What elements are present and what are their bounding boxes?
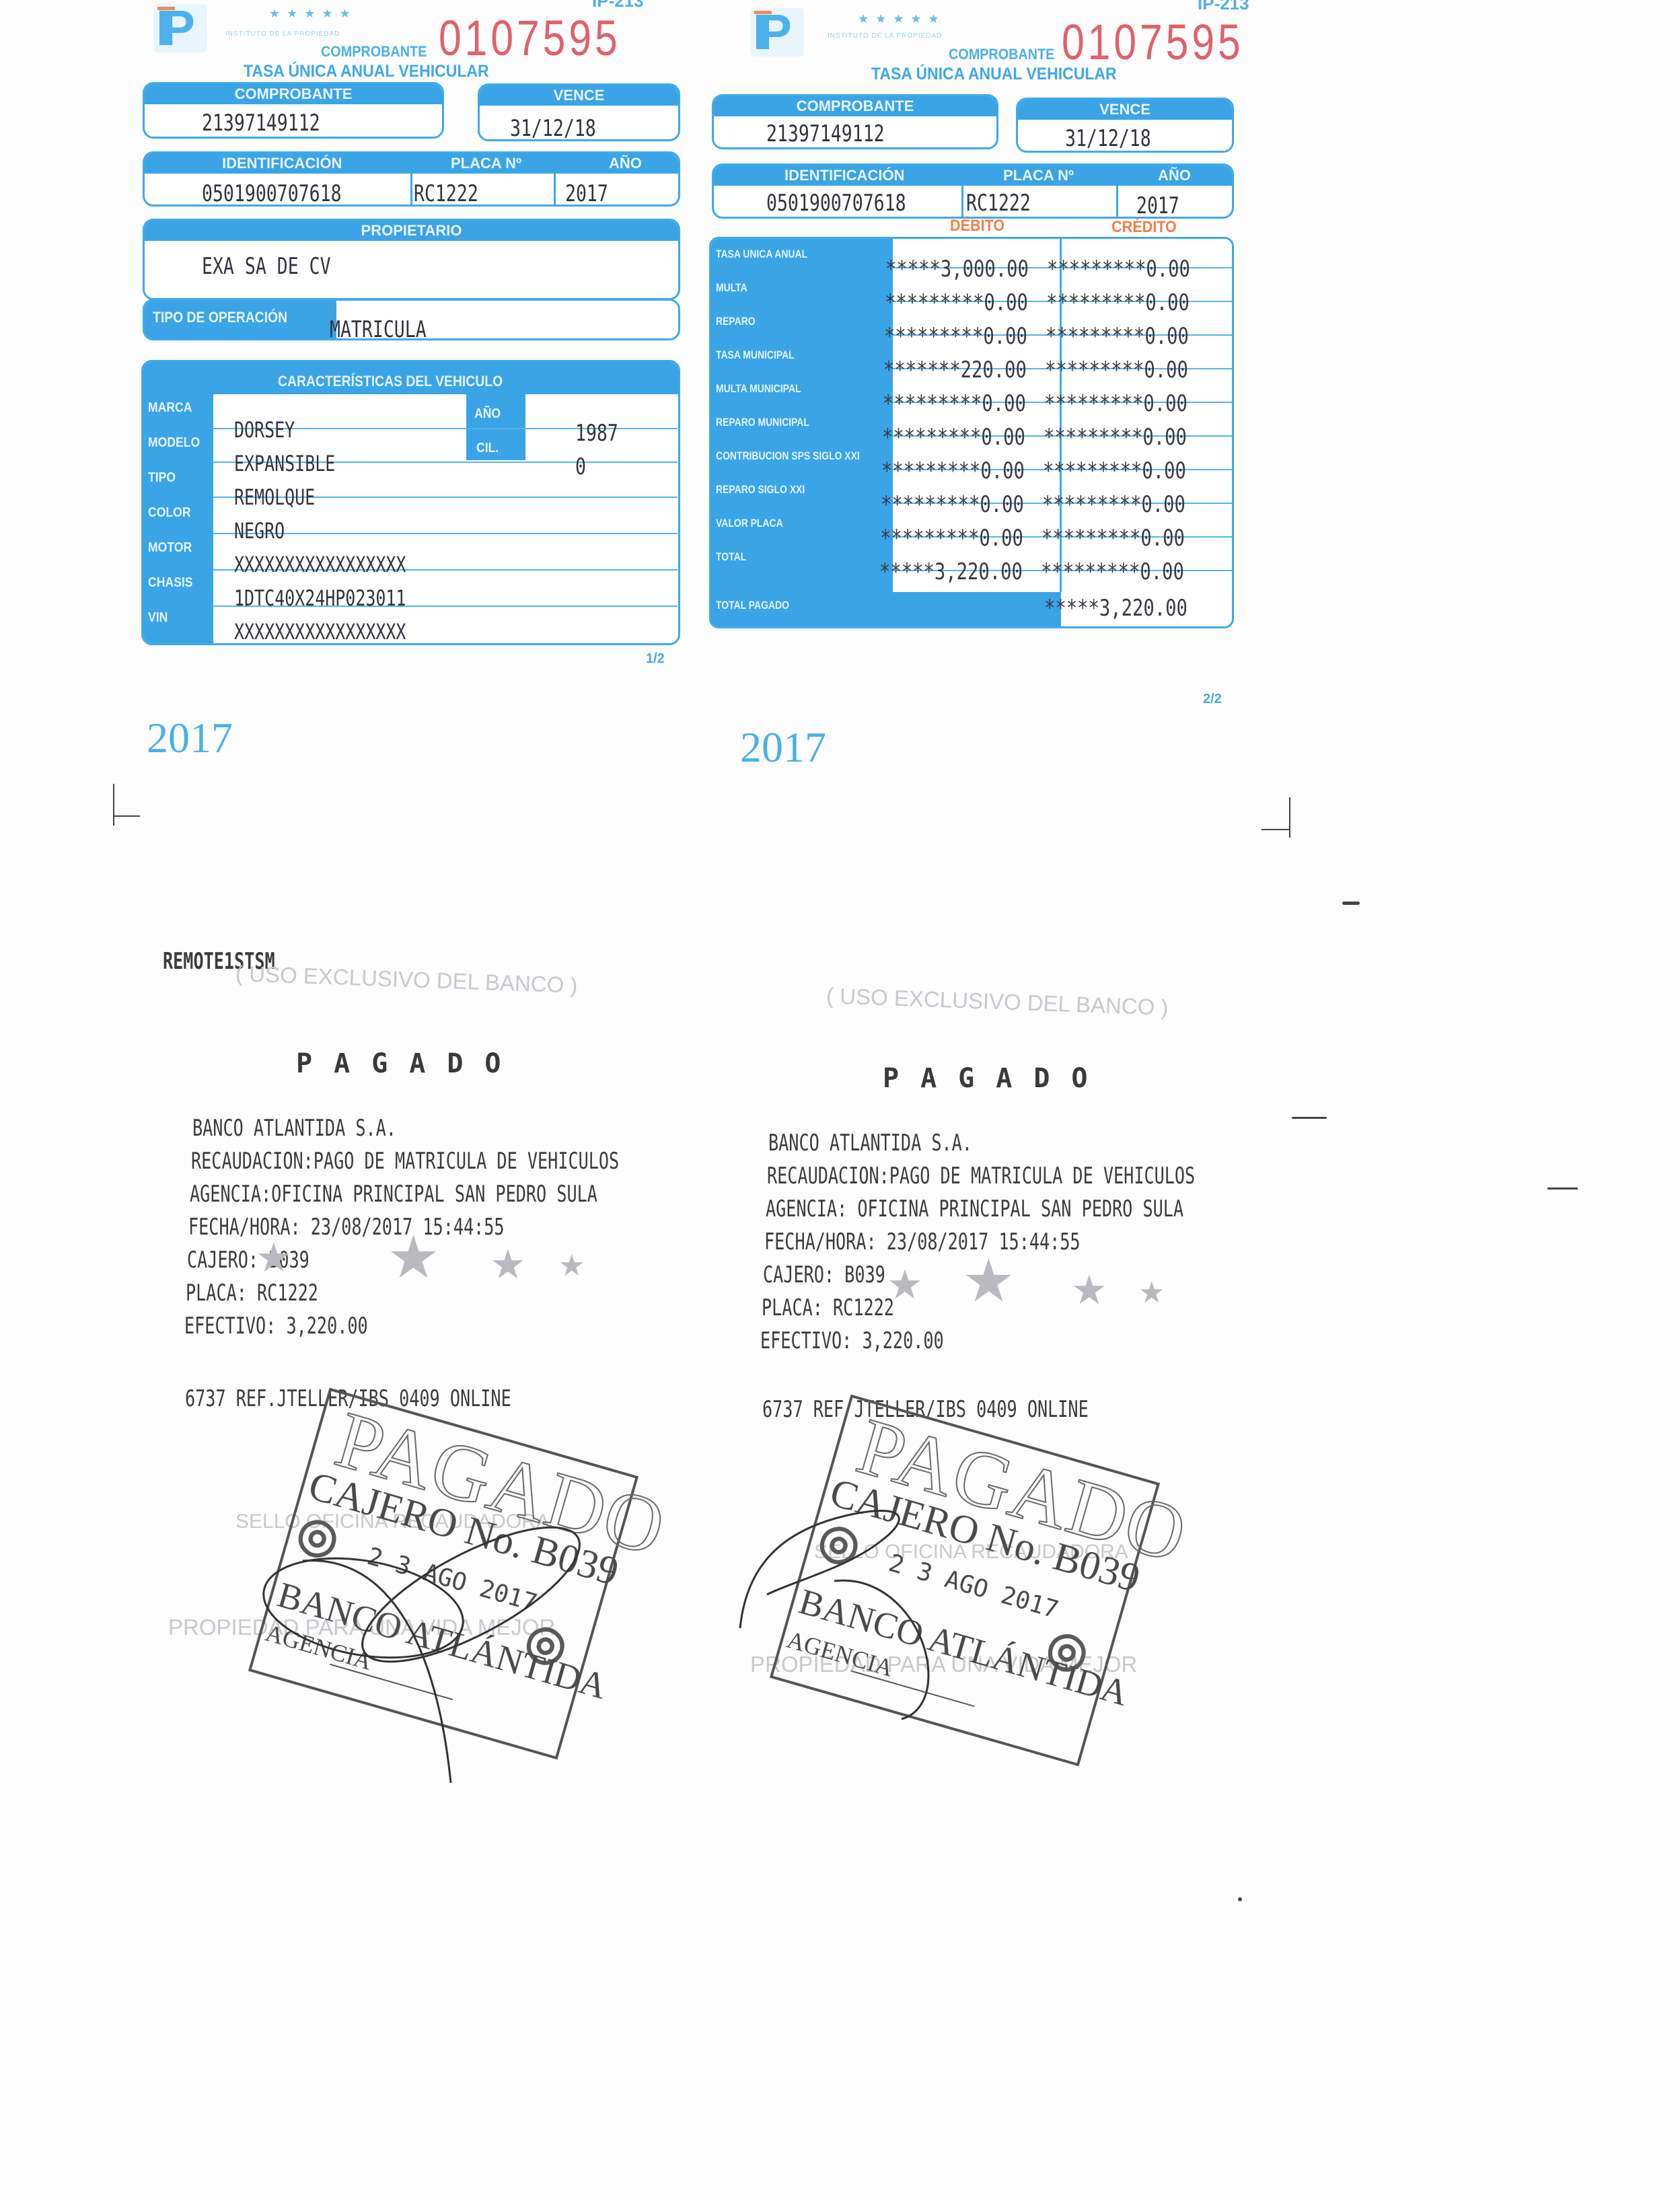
table-row-label: REPARO SIGLO XXI: [716, 483, 805, 497]
vehicle-field-label: MODELO: [148, 435, 200, 451]
star-icon: ★: [887, 1265, 923, 1305]
caracteristicas-header: CARACTERÍSTICAS DEL VEHICULO: [278, 373, 503, 390]
table-debit-value: *********0.00: [881, 491, 1024, 518]
star-icon: ★: [256, 1238, 292, 1278]
star-icon: ★: [387, 1228, 440, 1287]
comprobante-box: COMPROBANTE 21397149112: [143, 82, 444, 139]
star-icon: ★: [490, 1245, 526, 1285]
table-credit-value: *********0.00: [1046, 323, 1189, 350]
identificacion-value: 0501900707618: [202, 180, 342, 207]
vehicle-year-value: 1987: [575, 420, 618, 447]
comprobante-header: COMPROBANTE: [145, 84, 442, 104]
tipo-operacion-value: MATRICULA: [330, 316, 427, 343]
vehicle-field-value: DORSEY: [234, 417, 295, 443]
table-debit-value: *********0.00: [881, 457, 1025, 484]
placa-value: RC1222: [414, 180, 478, 207]
table-row-label: VALOR PLACA: [716, 517, 783, 530]
table-row-label: MULTA MUNICIPAL: [716, 382, 801, 396]
vence-header: VENCE: [1018, 100, 1232, 120]
comprobante-header: COMPROBANTE: [714, 96, 996, 116]
table-debit-value: *******220.00: [883, 357, 1027, 383]
cil-label: CIL.: [476, 441, 499, 456]
page-indicator: 1/2: [646, 651, 665, 667]
placa-label: PLACA Nº: [451, 153, 521, 174]
scan-mark: [1342, 902, 1360, 905]
tipo-operacion-label: TIPO DE OPERACIÓN: [153, 309, 287, 326]
crop-mark: [113, 784, 114, 826]
receipt-line: FECHA/HORA: 23/08/2017 15:44:55: [764, 1231, 1081, 1253]
table-debit-value: *********0.00: [885, 289, 1028, 316]
serial-label: COMPROBANTE: [949, 46, 1054, 63]
vehicle-year-label: AÑO: [474, 406, 501, 422]
crop-mark: [1289, 797, 1290, 838]
table-debit-value: *********0.00: [880, 525, 1023, 552]
propietario-value: EXA SA DE CV: [202, 253, 331, 280]
payment-status: PAGADO: [296, 1048, 523, 1079]
vehicle-field-value: XXXXXXXXXXXXXXXXX: [234, 552, 406, 577]
table-row-label: REPARO MUNICIPAL: [716, 416, 809, 429]
stars-icon: ★★★★★: [269, 7, 357, 21]
receipt-line: BANCO ATLANTIDA S.A.: [192, 1117, 396, 1140]
vehicle-field-label: VIN: [148, 610, 168, 626]
star-icon: ★: [1071, 1270, 1107, 1311]
receipt-line: EFECTIVO: 3,220.00: [184, 1315, 368, 1338]
table-credit-value: *********0.00: [1046, 289, 1190, 316]
table-row-label: TASA UNICA ANUAL: [716, 248, 807, 261]
identification-header: IDENTIFICACIÓN PLACA Nº AÑO: [714, 166, 1232, 186]
vehicle-field-label: MOTOR: [148, 540, 192, 556]
anio-value: 2017: [565, 180, 608, 207]
receipt-line: AGENCIA:OFICINA PRINCIPAL SAN PEDRO SULA: [190, 1183, 597, 1206]
table-credit-value: *********0.00: [1045, 357, 1188, 383]
vehicle-field-value: NEGRO: [234, 518, 285, 544]
propietario-box: PROPIETARIO EXA SA DE CV: [143, 219, 680, 300]
year-watermark: 2017: [740, 723, 826, 772]
crop-mark: [1262, 829, 1290, 830]
table-debit-value: *********0.00: [884, 323, 1027, 350]
institute-name: INSTITUTO DE LA PROPIEDAD: [225, 30, 340, 38]
cil-value: 0: [575, 453, 586, 480]
institute-logo-icon: IP: [750, 8, 804, 57]
table-credit-value: *********0.00: [1041, 558, 1184, 585]
institute-logo-icon: IP: [153, 4, 207, 52]
table-row-label: MULTA: [716, 281, 747, 295]
signature: [733, 1480, 1016, 1722]
table-row-label: TOTAL: [716, 550, 746, 564]
vence-header: VENCE: [480, 85, 678, 106]
credito-header: CRÉDITO: [1111, 218, 1177, 237]
anio-value: 2017: [1136, 192, 1179, 219]
placa-label: PLACA Nº: [1003, 166, 1074, 186]
page-indicator: 2/2: [1203, 692, 1222, 707]
identification-box: IDENTIFICACIÓN PLACA Nº AÑO 050190070761…: [143, 151, 680, 207]
table-row-label: TASA MUNICIPAL: [716, 349, 795, 362]
signature: [242, 1514, 619, 1796]
receipt-line: EFECTIVO: 3,220.00: [760, 1329, 944, 1352]
table-credit-value: *********0.00: [1043, 457, 1186, 484]
stars-icon: ★★★★★: [858, 12, 946, 26]
table-row-label: REPARO: [716, 315, 756, 328]
vehicle-field-value: 1DTC40X24HP023011: [234, 585, 406, 611]
table-credit-value: *********0.00: [1047, 256, 1190, 283]
receipt-line: PLACA: RC1222: [762, 1296, 894, 1319]
vehicle-field-value: EXPANSIBLE: [234, 451, 335, 476]
receipt-line: PLACA: RC1222: [186, 1282, 318, 1305]
scan-mark: [1238, 1897, 1242, 1901]
scan-mark: [1547, 1187, 1578, 1189]
star-icon: ★: [558, 1251, 585, 1281]
vehicle-field-value: REMOLQUE: [234, 484, 315, 510]
document-title: TASA ÚNICA ANUAL VEHICULAR: [871, 65, 1117, 84]
anio-label: AÑO: [1158, 166, 1191, 186]
debito-header: DÉBITO: [950, 217, 1005, 235]
comprobante-box: COMPROBANTE 21397149112: [712, 94, 998, 149]
placa-value: RC1222: [966, 190, 1031, 217]
star-icon: ★: [1138, 1278, 1165, 1308]
table-credit-value: *********0.00: [1044, 390, 1188, 417]
bank-use-note: ( USO EXCLUSIVO DEL BANCO ): [235, 961, 578, 998]
comprobante-value: 21397149112: [766, 120, 885, 147]
receipt-line: RECAUDACION:PAGO DE MATRICULA DE VEHICUL…: [767, 1165, 1195, 1187]
vehicle-field-label: MARCA: [148, 400, 192, 416]
payment-status: PAGADO: [883, 1063, 1109, 1094]
form-code: IP-213: [1198, 0, 1249, 14]
anio-label: AÑO: [609, 153, 642, 174]
crop-mark: [113, 815, 140, 817]
vehicle-field-label: COLOR: [148, 505, 191, 521]
total-pagado-value: *****3,220.00: [1044, 595, 1188, 622]
table-debit-value: *****3,000.00: [885, 256, 1029, 283]
institute-name: INSTITUTO DE LA PROPIEDAD: [828, 32, 942, 40]
vence-value: 31/12/18: [510, 115, 596, 141]
receipt-line: FECHA/HORA: 23/08/2017 15:44:55: [188, 1216, 505, 1239]
comprobante-value: 21397149112: [202, 110, 320, 137]
table-debit-value: *********0.00: [883, 390, 1026, 417]
vence-value: 31/12/18: [1065, 125, 1151, 152]
receipt-line: BANCO ATLANTIDA S.A.: [768, 1132, 972, 1155]
table-credit-value: *********0.00: [1042, 491, 1185, 518]
identificacion-value: 0501900707618: [766, 190, 906, 217]
identificacion-label: IDENTIFICACIÓN: [222, 153, 342, 174]
bank-use-note: ( USO EXCLUSIVO DEL BANCO ): [826, 983, 1169, 1021]
vehicle-field-label: CHASIS: [148, 575, 193, 591]
serial-number: 0107595: [1062, 13, 1244, 71]
year-watermark: 2017: [147, 713, 233, 763]
scan-mark: [1292, 1117, 1327, 1119]
vence-box: VENCE 31/12/18: [1016, 98, 1234, 153]
total-pagado-label: TOTAL PAGADO: [716, 599, 789, 612]
identificacion-label: IDENTIFICACIÓN: [784, 166, 904, 186]
table-debit-value: *****3,220.00: [879, 558, 1023, 585]
serial-label: COMPROBANTE: [321, 43, 427, 61]
star-icon: ★: [962, 1251, 1015, 1311]
receipt-line: RECAUDACION:PAGO DE MATRICULA DE VEHICUL…: [191, 1150, 619, 1173]
table-credit-value: *********0.00: [1044, 424, 1187, 451]
propietario-header: PROPIETARIO: [145, 221, 678, 241]
vence-box: VENCE 31/12/18: [478, 83, 680, 141]
serial-number: 0107595: [439, 9, 621, 67]
identification-box: IDENTIFICACIÓN PLACA Nº AÑO 050190070761…: [712, 163, 1234, 219]
receipt-line: AGENCIA: OFICINA PRINCIPAL SAN PEDRO SUL…: [766, 1198, 1183, 1220]
vehicle-field-label: TIPO: [148, 470, 176, 486]
caracteristicas-box: CARACTERÍSTICAS DEL VEHICULO: [141, 360, 680, 645]
table-credit-value: *********0.00: [1042, 525, 1185, 552]
table-debit-value: *********0.00: [882, 424, 1025, 451]
identification-header: IDENTIFICACIÓN PLACA Nº AÑO: [145, 153, 678, 174]
vehicle-field-value: XXXXXXXXXXXXXXXXX: [234, 619, 406, 645]
table-row-label: CONTRIBUCION SPS SIGLO XXI: [716, 449, 860, 463]
receipt-line: CAJERO: B039: [763, 1263, 885, 1286]
document-title: TASA ÚNICA ANUAL VEHICULAR: [244, 62, 489, 81]
